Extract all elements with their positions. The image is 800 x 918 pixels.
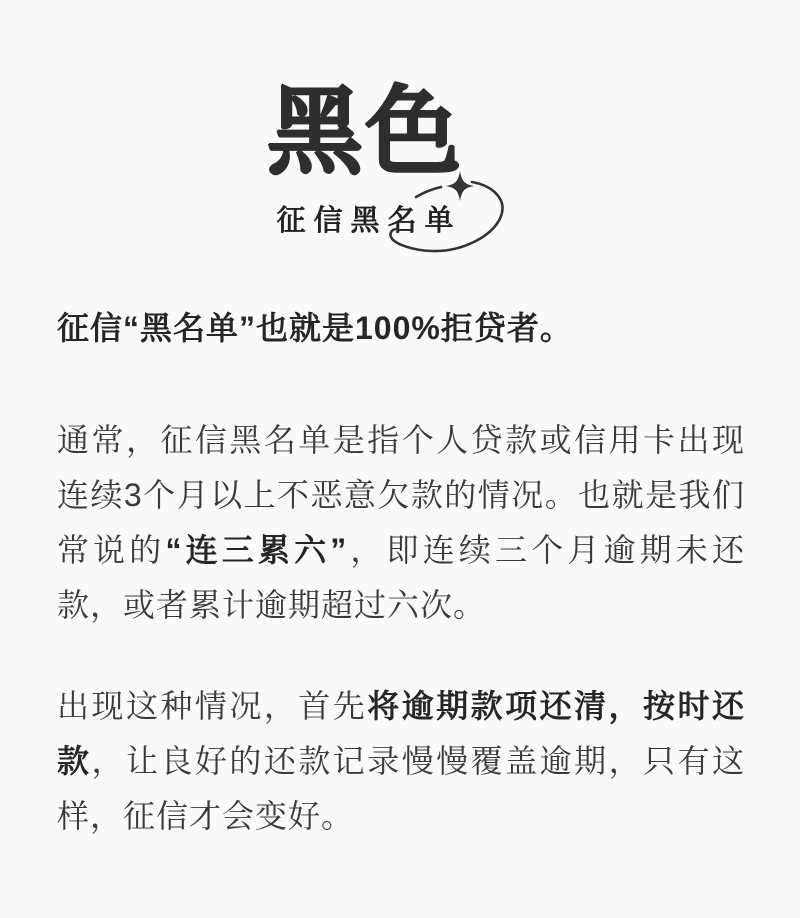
header: 黑色 征信黑名单: [0, 0, 730, 237]
page-title: 黑色: [0, 0, 730, 185]
paragraph-3: 出现这种情况，首先将逾期款项还清，按时还款，让良好的还款记录慢慢覆盖逾期，只有这…: [57, 679, 745, 844]
article-body: 征信“黑名单”也就是100%拒贷者。通常，征信黑名单是指个人贷款或信用卡出现连续…: [0, 301, 800, 844]
text-run: ，让良好的还款记录慢慢覆盖逾期，只有这样，征信才会变好。: [57, 743, 745, 834]
paragraph-2: 通常，征信黑名单是指个人贷款或信用卡出现连续3个月以上不恶意欠款的情况。也就是我…: [57, 413, 745, 633]
bold-text-run: 征信“黑名单”也就是100%拒贷者。: [57, 310, 573, 346]
article-page: 黑色 征信黑名单 征信“黑名单”也就是100%拒贷者。通常，征信黑名单是指个人贷…: [0, 0, 800, 918]
bold-text-run: “连三累六”: [165, 532, 347, 568]
page-subtitle: 征信黑名单: [0, 205, 730, 237]
paragraph-1: 征信“黑名单”也就是100%拒贷者。: [57, 301, 745, 356]
text-run: 出现这种情况，首先: [57, 688, 367, 724]
